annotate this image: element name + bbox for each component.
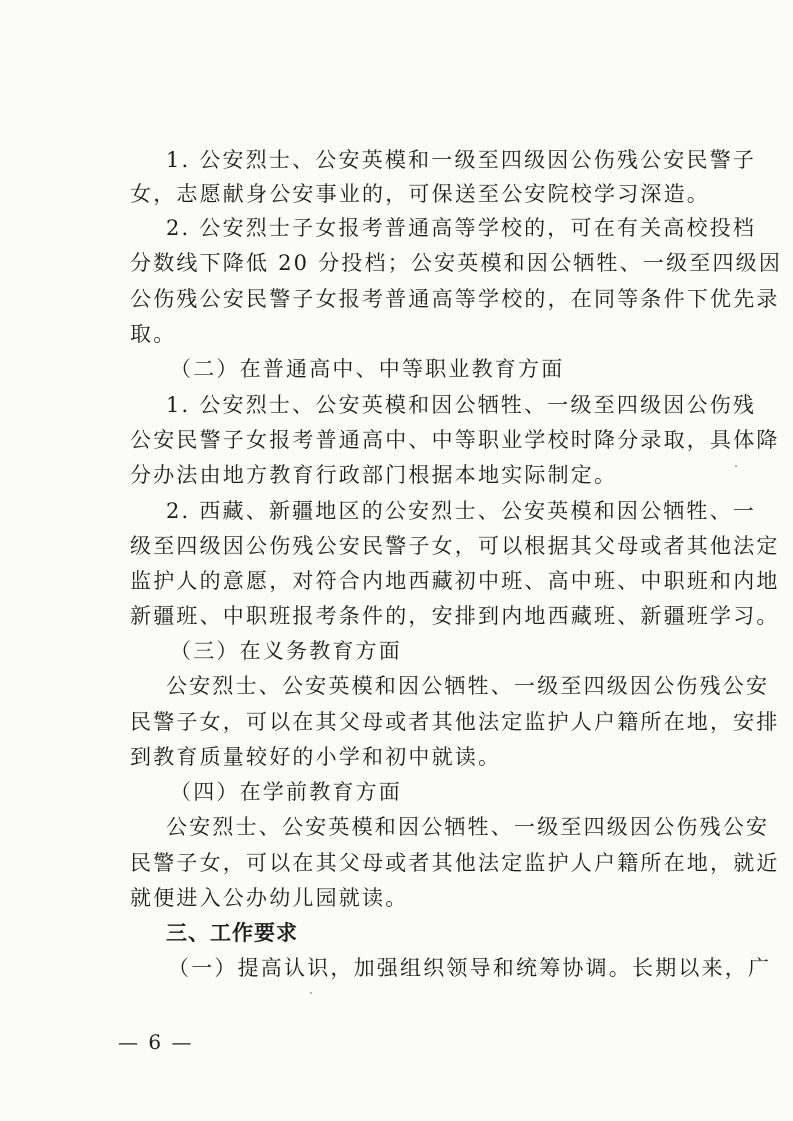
paragraph-line: 新疆班、中职班报考条件的，安排到内地西藏班、新疆班学习。: [130, 602, 720, 630]
paragraph-line: 分数线下降低 20 分投档；公安英模和因公牺牲、一级至四级因: [130, 249, 720, 277]
paragraph-line: 女，志愿献身公安事业的，可保送至公安院校学习深造。: [130, 180, 720, 208]
paragraph-line: 1. 公安烈士、公安英模和一级至四级因公伤残公安民警子: [166, 146, 721, 174]
document-page: 1. 公安烈士、公安英模和一级至四级因公伤残公安民警子 女，志愿献身公安事业的，…: [0, 0, 793, 1121]
paragraph-line: 公安烈士、公安英模和因公牺牲、一级至四级因公伤残公安: [166, 813, 721, 841]
paragraph-line: 公伤残公安民警子女报考普通高等学校的，在同等条件下优先录: [130, 285, 720, 313]
paragraph-line: 取。: [130, 320, 720, 348]
paragraph-line: 民警子女，可以在其父母或者其他法定监护人户籍所在地，安排: [130, 708, 720, 736]
paragraph-line: 监护人的意愿，对符合内地西藏初中班、高中班、中职班和内地: [130, 567, 720, 595]
scan-speck: [735, 217, 737, 219]
paragraph-line: 就便进入公办幼儿园就读。: [130, 884, 720, 912]
chapter-heading: 三、工作要求: [166, 919, 756, 947]
paragraph-line: 民警子女，可以在其父母或者其他法定监护人户籍所在地，就近: [130, 849, 720, 877]
section-heading: （三）在义务教育方面: [170, 637, 760, 665]
paragraph-line: 分办法由地方教育行政部门根据本地实际制定。: [130, 461, 720, 489]
paragraph-line: 到教育质量较好的小学和初中就读。: [130, 743, 720, 771]
page-number: — 6 —: [118, 1030, 193, 1054]
scan-speck: [310, 992, 312, 994]
section-heading: （四）在学前教育方面: [170, 778, 760, 806]
paragraph-line: 级至四级因公伤残公安民警子女，可以根据其父母或者其他法定: [130, 532, 720, 560]
paragraph-line: 1. 公安烈士、公安英模和因公牺牲、一级至四级因公伤残: [166, 391, 721, 419]
paragraph-line: 公安民警子女报考普通高中、中等职业学校时降分录取，具体降: [130, 426, 720, 454]
paragraph-line: （一）提高认识，加强组织领导和统筹协调。长期以来，广: [168, 954, 723, 982]
scan-speck: [730, 680, 732, 682]
scan-speck: [735, 465, 737, 467]
section-heading: （二）在普通高中、中等职业教育方面: [170, 355, 760, 383]
paragraph-line: 公安烈士、公安英模和因公牺牲、一级至四级因公伤残公安: [166, 672, 721, 700]
paragraph-line: 2. 西藏、新疆地区的公安烈士、公安英模和因公牺牲、一: [166, 497, 721, 525]
paragraph-line: 2. 公安烈士子女报考普通高等学校的，可在有关高校投档: [166, 214, 721, 242]
